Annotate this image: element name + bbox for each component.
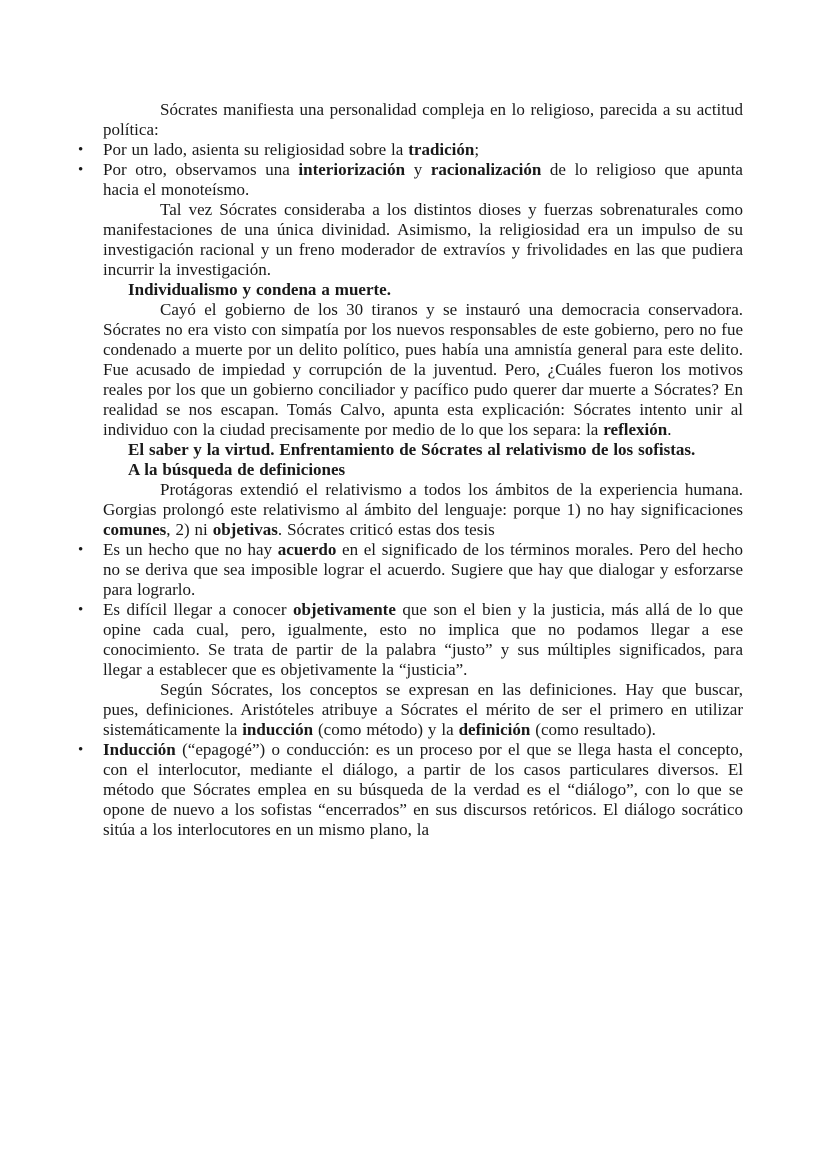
- paragraph-definiciones: Según Sócrates, los conceptos se expresa…: [103, 680, 743, 740]
- text-segment: (“epagogé”) o conducción: es un proceso …: [103, 740, 743, 839]
- text-segment: ;: [474, 140, 479, 159]
- text-segment: acuerdo: [278, 540, 337, 559]
- text-segment: objetivamente: [293, 600, 396, 619]
- text-segment: Por otro, observamos una: [103, 160, 298, 179]
- text-segment: Es difícil llegar a conocer: [103, 600, 293, 619]
- bullet-item-induccion: Inducción (“epagogé”) o conducción: es u…: [103, 740, 743, 840]
- text-segment: y: [405, 160, 431, 179]
- text-segment: racionalización: [431, 160, 541, 179]
- text-segment: .: [667, 420, 671, 439]
- text-segment: Tal vez Sócrates consideraba a los disti…: [103, 200, 743, 279]
- text-segment: Sócrates manifiesta una personalidad com…: [103, 100, 743, 139]
- text-segment: , 2) ni: [166, 520, 212, 539]
- text-segment: interiorización: [298, 160, 405, 179]
- paragraph-condena-muerte: Cayó el gobierno de los 30 tiranos y se …: [103, 300, 743, 440]
- text-segment: reflexión: [603, 420, 667, 439]
- heading-saber-virtud: El saber y la virtud. Enfrentamiento de …: [103, 440, 743, 460]
- text-segment: inducción: [242, 720, 313, 739]
- bullet-item-objetivamente: Es difícil llegar a conocer objetivament…: [103, 600, 743, 680]
- text-segment: tradición: [408, 140, 474, 159]
- document-page: Sócrates manifiesta una personalidad com…: [103, 100, 743, 840]
- text-segment: (como resultado).: [530, 720, 656, 739]
- text-segment: objetivas: [213, 520, 278, 539]
- text-segment: Cayó el gobierno de los 30 tiranos y se …: [103, 300, 743, 439]
- text-segment: Es un hecho que no hay: [103, 540, 278, 559]
- bullet-item-tradicion: Por un lado, asienta su religiosidad sob…: [103, 140, 743, 160]
- bullet-list-induccion: Inducción (“epagogé”) o conducción: es u…: [103, 740, 743, 840]
- paragraph-protagoras: Protágoras extendió el relativismo a tod…: [103, 480, 743, 540]
- text-segment: Protágoras extendió el relativismo a tod…: [103, 480, 743, 519]
- heading-individualismo: Individualismo y condena a muerte.: [103, 280, 743, 300]
- text-segment: . Sócrates criticó estas dos tesis: [278, 520, 495, 539]
- text-segment: (como método) y la: [313, 720, 459, 739]
- paragraph-monoteismo: Tal vez Sócrates consideraba a los disti…: [103, 200, 743, 280]
- paragraph-religiosity-intro: Sócrates manifiesta una personalidad com…: [103, 100, 743, 140]
- text-segment: definición: [459, 720, 531, 739]
- bullet-list-criticas-socrates: Es un hecho que no hay acuerdo en el sig…: [103, 540, 743, 680]
- text-segment: comunes: [103, 520, 166, 539]
- bullet-list-religiosity: Por un lado, asienta su religiosidad sob…: [103, 140, 743, 200]
- bullet-item-acuerdo: Es un hecho que no hay acuerdo en el sig…: [103, 540, 743, 600]
- text-segment: Por un lado, asienta su religiosidad sob…: [103, 140, 408, 159]
- heading-busqueda-definiciones: A la búsqueda de definiciones: [103, 460, 743, 480]
- bullet-item-interiorizacion: Por otro, observamos una interiorización…: [103, 160, 743, 200]
- text-segment: Inducción: [103, 740, 176, 759]
